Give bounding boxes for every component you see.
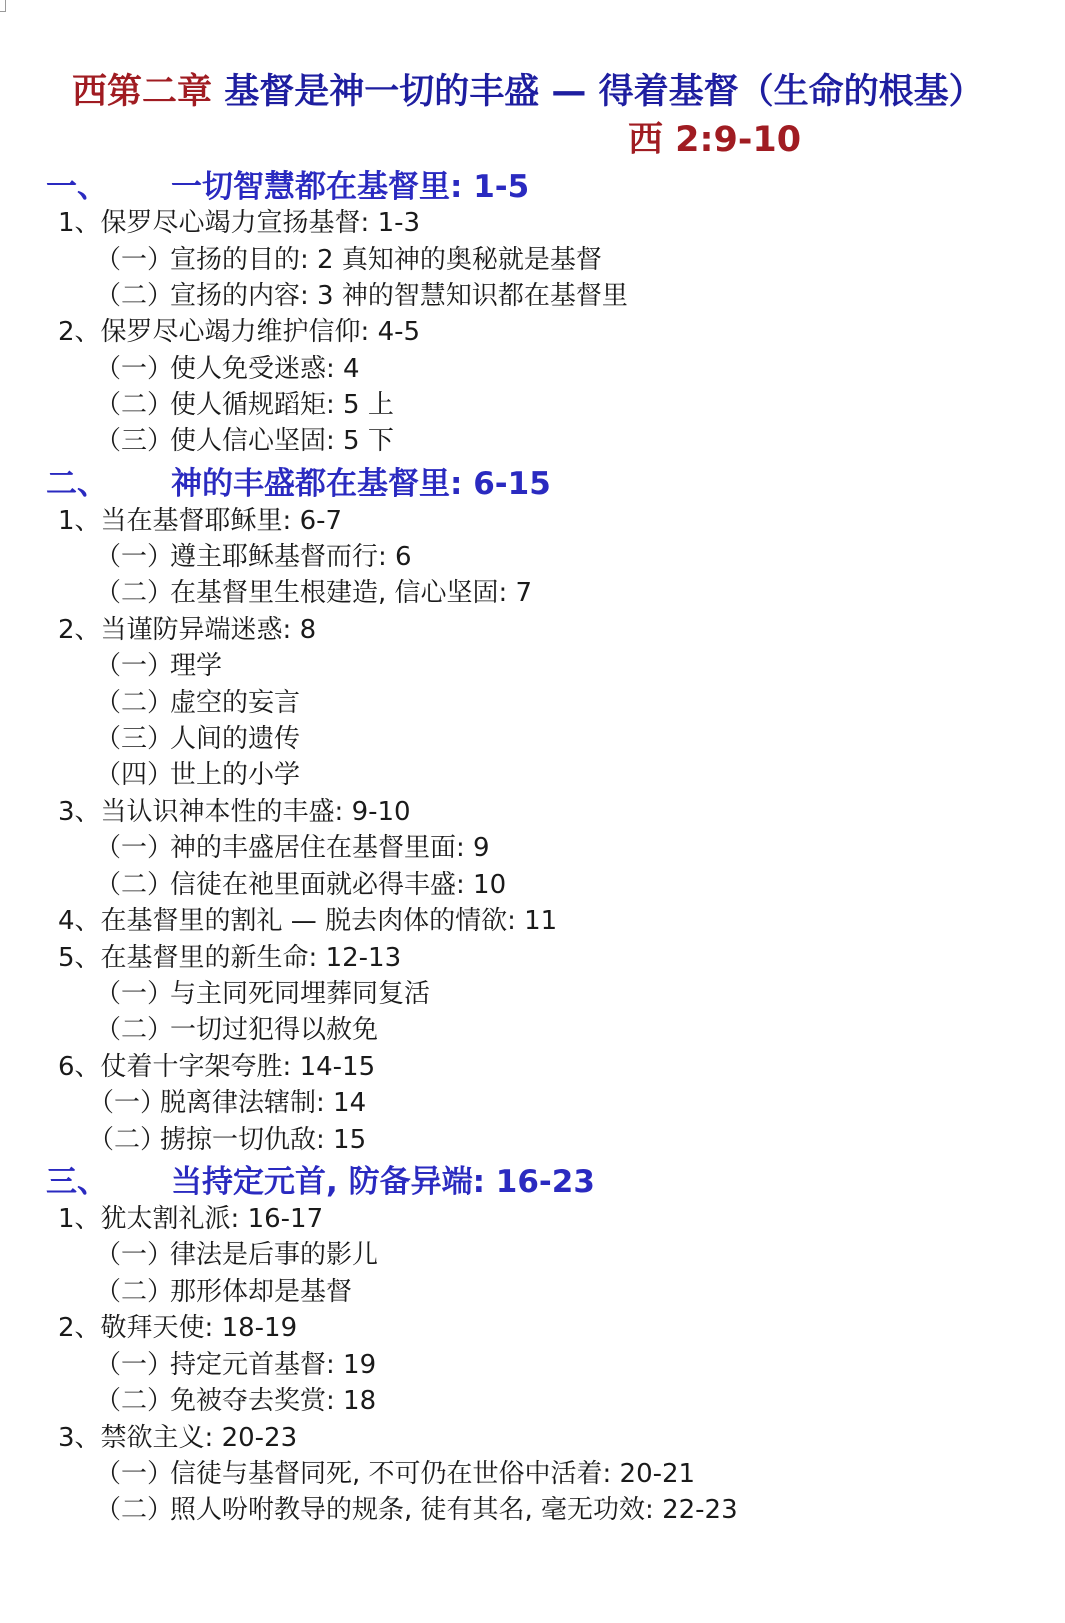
subitem-number: （二） — [95, 864, 170, 901]
subitem-text: 使人循规蹈矩: 5 上 — [170, 390, 394, 420]
outline-subitem: （三）人间的遗传 — [95, 718, 300, 755]
outline-item: 6、仗着十字架夸胜: 14-15 — [58, 1046, 375, 1083]
outline-item: 5、在基督里的新生命: 12-13 — [58, 937, 401, 974]
section-title: 神的丰盛都在基督里: 6-15 — [171, 466, 551, 502]
subitem-number: （三） — [95, 420, 170, 457]
subitem-text: 掳掠一切仇敌: 15 — [160, 1125, 366, 1155]
outline-subitem: （二）掳掠一切仇敌: 15 — [88, 1119, 366, 1156]
subitem-text: 在基督里生根建造, 信心坚固: 7 — [170, 578, 532, 608]
outline-subitem: （一）律法是后事的影儿 — [95, 1234, 378, 1271]
outline-item: 1、犹太割礼派: 16-17 — [58, 1198, 323, 1235]
subitem-text: 遵主耶稣基督而行: 6 — [170, 542, 412, 572]
subitem-number: （二） — [95, 682, 170, 719]
outline-item: 1、当在基督耶稣里: 6-7 — [58, 500, 342, 537]
subitem-number: （一） — [95, 1344, 170, 1381]
outline-subitem: （一）神的丰盛居住在基督里面: 9 — [95, 827, 490, 864]
subitem-number: （二） — [95, 384, 170, 421]
subitem-text: 持定元首基督: 19 — [170, 1350, 376, 1380]
subitem-number: （一） — [95, 645, 170, 682]
outline-subitem: （一）使人免受迷惑: 4 — [95, 348, 360, 385]
subitem-number: （四） — [95, 754, 170, 791]
subitem-text: 世上的小学 — [170, 760, 300, 790]
subitem-number: （一） — [95, 1453, 170, 1490]
section-heading: 二、神的丰盛都在基督里: 6-15 — [46, 458, 551, 503]
outline-item: 4、在基督里的割礼 — 脱去肉体的情欲: 11 — [58, 900, 557, 937]
title-main: 基督是神一切的丰盛 — 得着基督（生命的根基） — [224, 72, 983, 112]
section-heading: 一、一切智慧都在基督里: 1-5 — [46, 161, 529, 206]
section-number: 二、 — [46, 458, 171, 503]
subitem-number: （二） — [88, 1119, 160, 1156]
section-heading: 三、当持定元首, 防备异端: 16-23 — [46, 1156, 595, 1201]
subitem-number: （二） — [95, 275, 170, 312]
subitem-text: 使人信心坚固: 5 下 — [170, 426, 394, 456]
subitem-number: （二） — [95, 572, 170, 609]
subitem-text: 信徒与基督同死, 不可仍在世俗中活着: 20-21 — [170, 1459, 695, 1489]
outline-item: 1、保罗尽心竭力宣扬基督: 1-3 — [58, 202, 420, 239]
subitem-text: 宣扬的内容: 3 神的智慧知识都在基督里 — [170, 281, 628, 311]
subitem-text: 免被夺去奖赏: 18 — [170, 1386, 376, 1416]
outline-subitem: （一）脱离律法辖制: 14 — [88, 1082, 366, 1119]
outline-subitem: （二）那形体却是基督 — [95, 1271, 352, 1308]
section-number: 一、 — [46, 161, 171, 206]
subitem-number: （一） — [95, 1234, 170, 1271]
subitem-number: （三） — [95, 718, 170, 755]
outline-subitem: （二）一切过犯得以赦免 — [95, 1009, 378, 1046]
corner-crop-mark — [0, 0, 6, 12]
subitem-text: 与主同死同埋葬同复活 — [170, 979, 430, 1009]
outline-subitem: （二）照人吩咐教导的规条, 徒有其名, 毫无功效: 22-23 — [95, 1489, 738, 1526]
outline-subitem: （二）免被夺去奖赏: 18 — [95, 1380, 376, 1417]
subitem-text: 那形体却是基督 — [170, 1277, 352, 1307]
subitem-text: 虚空的妄言 — [170, 688, 300, 718]
title-reference: 西 2:9-10 — [628, 112, 801, 162]
subitem-text: 律法是后事的影儿 — [170, 1240, 378, 1270]
subitem-text: 神的丰盛居住在基督里面: 9 — [170, 833, 490, 863]
outline-subitem: （二）信徒在祂里面就必得丰盛: 10 — [95, 864, 506, 901]
outline-subitem: （一）信徒与基督同死, 不可仍在世俗中活着: 20-21 — [95, 1453, 695, 1490]
subitem-number: （一） — [95, 348, 170, 385]
subitem-number: （一） — [95, 827, 170, 864]
subitem-text: 宣扬的目的: 2 真知神的奥秘就是基督 — [170, 245, 602, 275]
page-title: 西第二章 基督是神一切的丰盛 — 得着基督（生命的根基） — [72, 64, 984, 114]
outline-item: 2、保罗尽心竭力维护信仰: 4-5 — [58, 311, 420, 348]
subitem-text: 一切过犯得以赦免 — [170, 1015, 378, 1045]
outline-item: 3、当认识神本性的丰盛: 9-10 — [58, 791, 411, 828]
outline-subitem: （一）持定元首基督: 19 — [95, 1344, 376, 1381]
subitem-text: 人间的遗传 — [170, 724, 300, 754]
outline-item: 2、敬拜天使: 18-19 — [58, 1307, 297, 1344]
subitem-text: 使人免受迷惑: 4 — [170, 354, 360, 384]
outline-subitem: （二）在基督里生根建造, 信心坚固: 7 — [95, 572, 532, 609]
section-number: 三、 — [46, 1156, 171, 1201]
outline-subitem: （一）遵主耶稣基督而行: 6 — [95, 536, 412, 573]
outline-subitem: （二）宣扬的内容: 3 神的智慧知识都在基督里 — [95, 275, 628, 312]
outline-subitem: （一）理学 — [95, 645, 222, 682]
outline-item: 3、禁欲主义: 20-23 — [58, 1417, 297, 1454]
subitem-number: （二） — [95, 1380, 170, 1417]
outline-subitem: （一）宣扬的目的: 2 真知神的奥秘就是基督 — [95, 239, 602, 276]
subitem-text: 脱离律法辖制: 14 — [160, 1088, 366, 1118]
outline-subitem: （二）虚空的妄言 — [95, 682, 300, 719]
subitem-number: （二） — [95, 1489, 170, 1526]
section-title: 一切智慧都在基督里: 1-5 — [171, 169, 529, 205]
outline-item: 2、当谨防异端迷惑: 8 — [58, 609, 316, 646]
outline-subitem: （四）世上的小学 — [95, 754, 300, 791]
subitem-text: 理学 — [170, 651, 222, 681]
subitem-number: （二） — [95, 1009, 170, 1046]
outline-subitem: （一）与主同死同埋葬同复活 — [95, 973, 430, 1010]
subitem-number: （一） — [95, 973, 170, 1010]
subitem-number: （一） — [95, 239, 170, 276]
subitem-text: 照人吩咐教导的规条, 徒有其名, 毫无功效: 22-23 — [170, 1495, 738, 1525]
title-prefix: 西第二章 — [72, 72, 212, 112]
subitem-number: （二） — [95, 1271, 170, 1308]
outline-subitem: （三）使人信心坚固: 5 下 — [95, 420, 394, 457]
subitem-text: 信徒在祂里面就必得丰盛: 10 — [170, 870, 506, 900]
subitem-number: （一） — [88, 1082, 160, 1119]
section-title: 当持定元首, 防备异端: 16-23 — [171, 1164, 595, 1200]
outline-subitem: （二）使人循规蹈矩: 5 上 — [95, 384, 394, 421]
subitem-number: （一） — [95, 536, 170, 573]
